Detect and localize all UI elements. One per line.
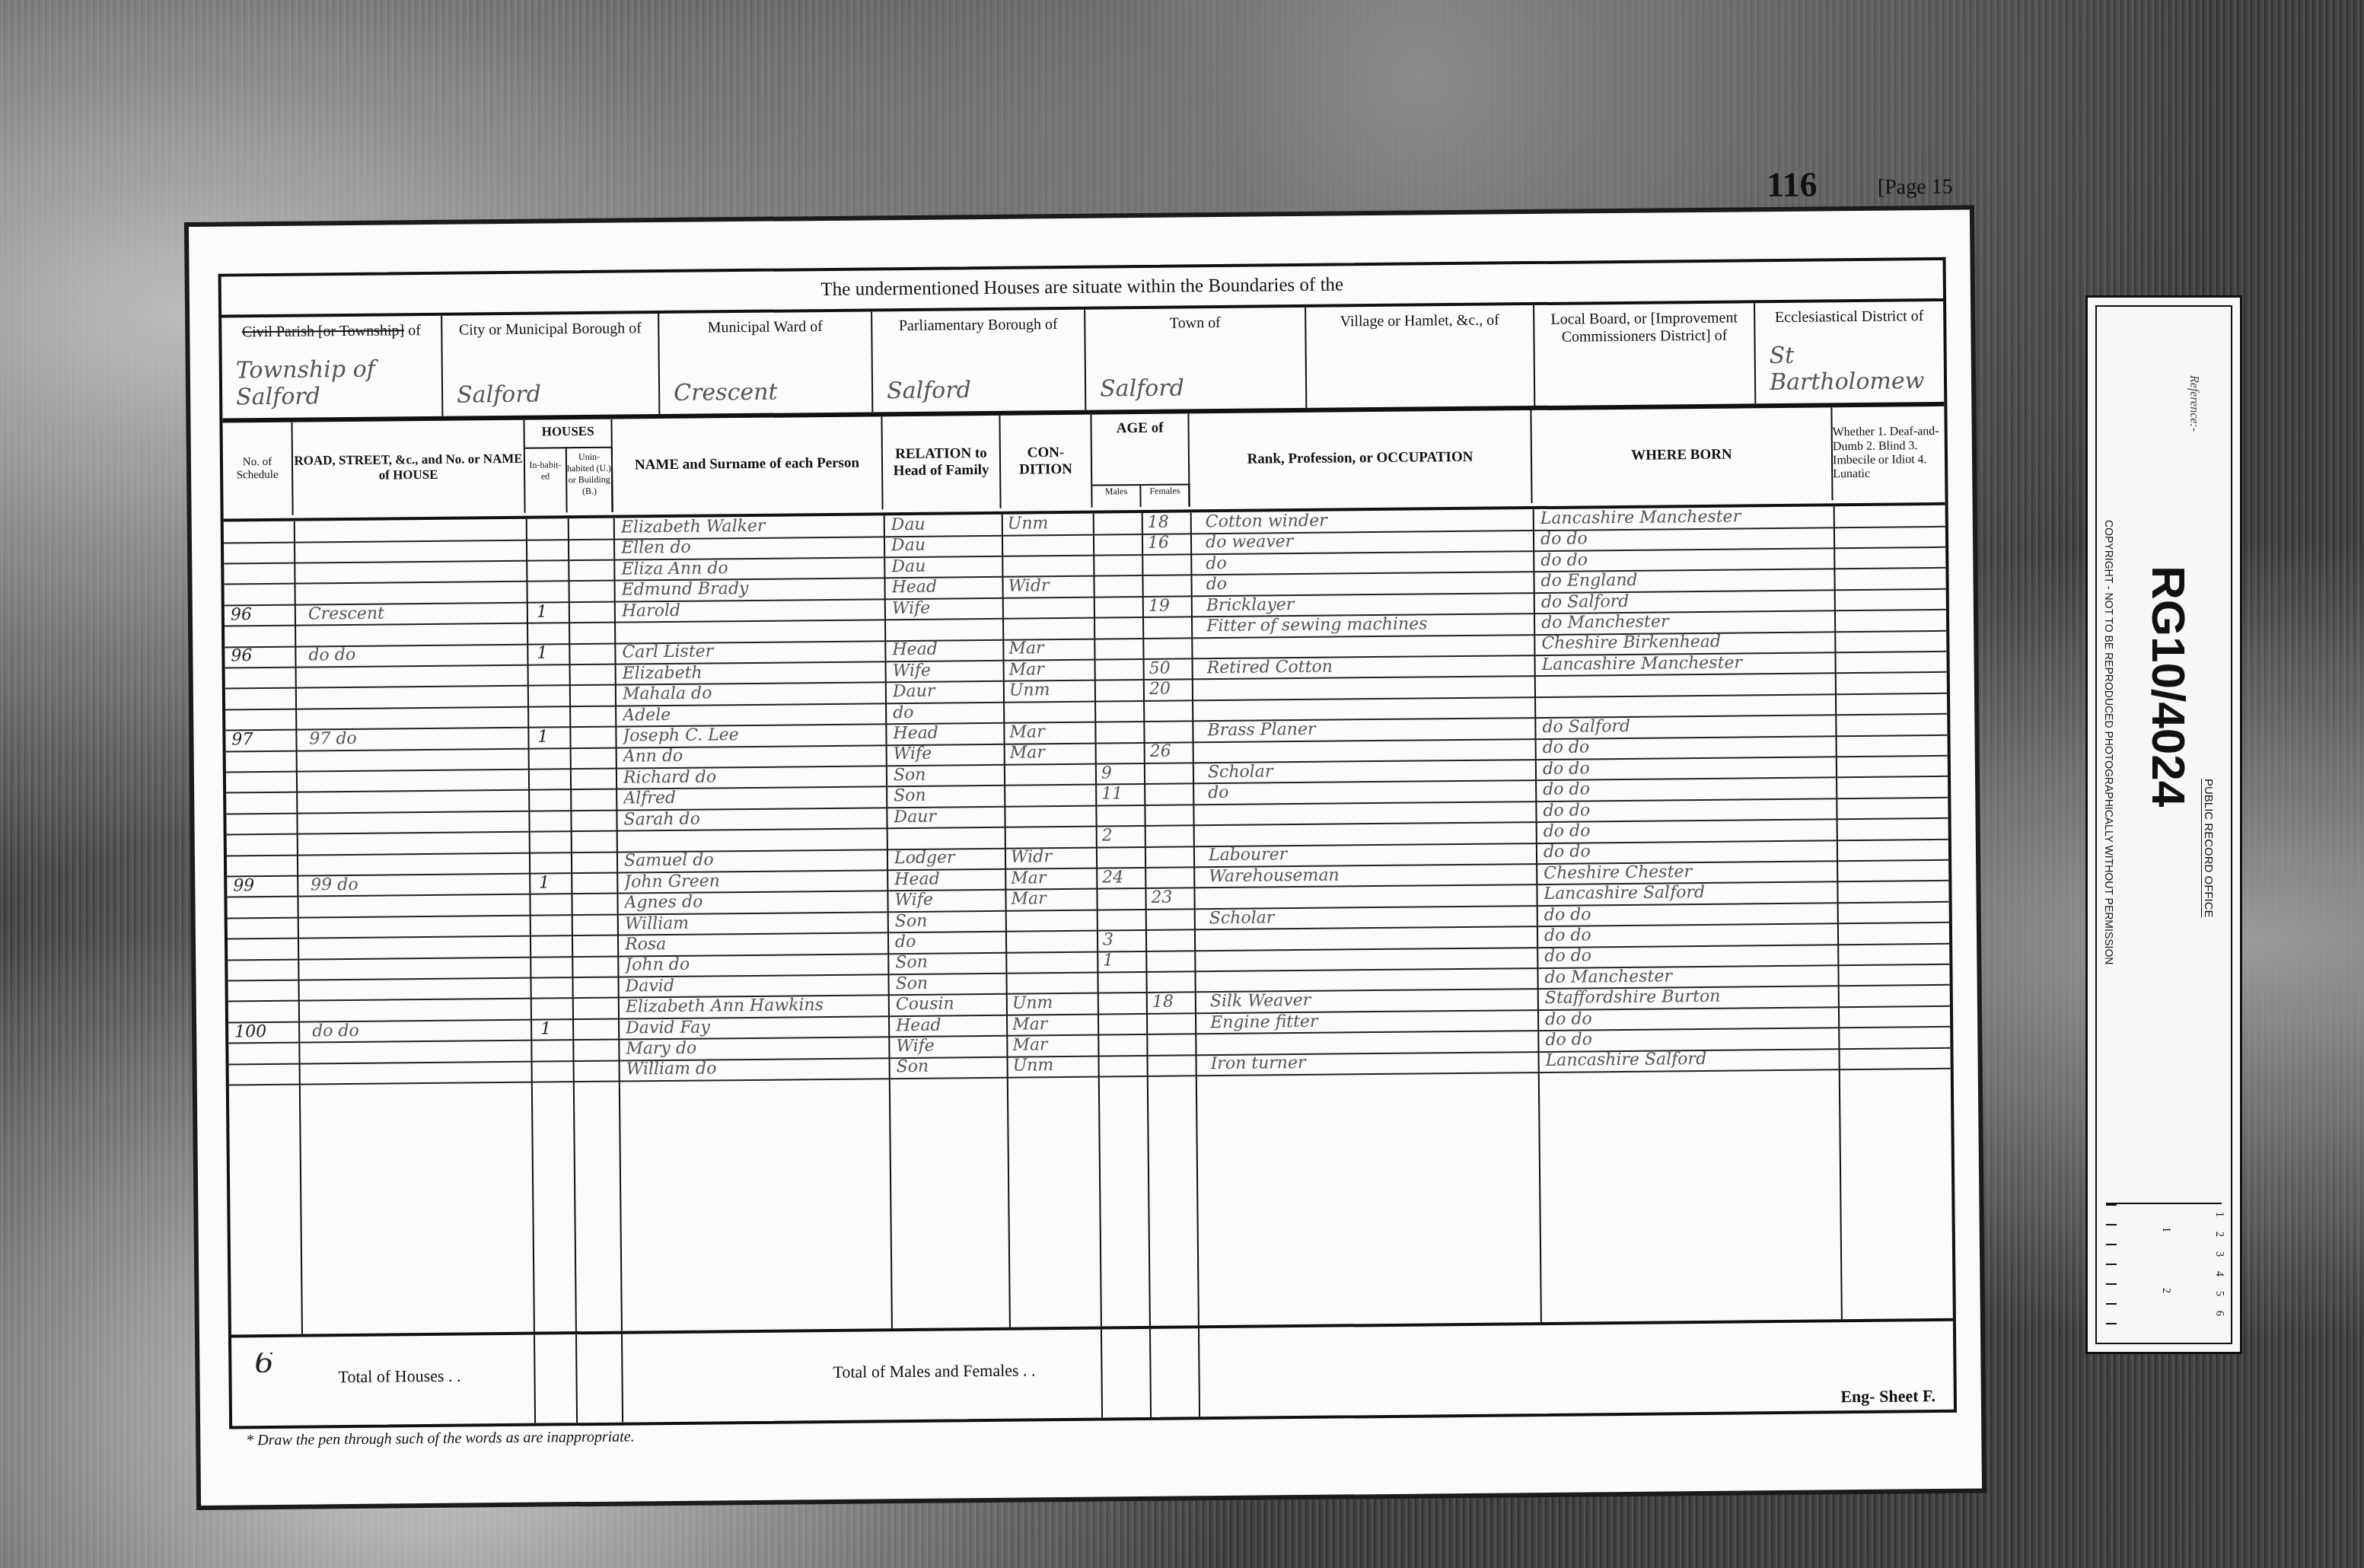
cell-relation: do [895,932,1002,952]
cell-condition [1012,931,1095,932]
cell-road [307,519,521,521]
cell-male [1103,910,1145,910]
boundary-value: Salford [1100,374,1298,403]
cell-female [1148,554,1190,555]
cell-name: Sarah do [623,808,882,830]
cell-relation: Dau [891,535,998,556]
census-rows: Elizabeth WalkerDauUnm18Cotton winderLan… [224,502,1953,1335]
cell-condition [1010,785,1094,786]
cell-relation: Head [896,1015,1002,1035]
cell-schedule [232,813,293,814]
cell-relation: Son [895,952,1002,973]
cell-name: Ann do [623,745,882,767]
cell-female [1149,700,1191,701]
boundary-municipal-ward: Municipal Ward of Crescent [659,311,873,414]
cell-female [1150,805,1192,805]
cell-schedule [231,668,292,668]
cell-relation: Son [897,1056,1003,1077]
col-header-schedule: No. of Schedule [222,422,293,516]
cell-name: William do [626,1058,885,1080]
ruler-inch-1: 1 [2159,1227,2171,1232]
cell-male [1099,575,1141,576]
boundaries-row: Civil Parish [or Township] of Township o… [221,301,1944,423]
cell-road: do do [308,644,521,666]
cell-name: Eliza Ann do [621,557,880,579]
cell-relation: Son [894,786,1000,806]
cell-schedule [234,1001,295,1002]
ruler-ticks [2106,1204,2117,1334]
cell-born: do do [1543,777,1832,800]
cell-road: Crescent [308,602,521,624]
cell-name: Mary do [626,1037,884,1059]
boundary-municipal-borough: City or Municipal Borough of Salford [442,314,660,416]
cell-female [1152,971,1193,972]
cell-schedule [231,626,292,626]
cell-male: 2 [1102,826,1144,846]
cell-condition: Mar [1011,868,1094,888]
cell-condition: Mar [1010,743,1094,763]
cell-male: 3 [1103,930,1145,951]
cell-condition [1008,618,1092,619]
boundary-value: Salford [457,381,651,409]
cell-male [1100,597,1142,598]
cell-occupation: do [1206,551,1529,574]
cell-male [1104,993,1145,993]
cell-male: 11 [1101,784,1143,805]
cell-male [1101,659,1142,660]
cell-schedule [234,939,295,939]
cell-occupation: do [1208,780,1531,803]
cell-condition: Mar [1009,659,1093,680]
footnote: * Draw the pen through such of the words… [246,1428,635,1449]
cell-condition [1010,763,1094,764]
cell-occupation: Scholar [1208,760,1531,782]
cell-born: do do [1540,548,1830,571]
boundary-local-board: Local Board, or [Improvement Commissione… [1534,303,1756,406]
cell-male: 24 [1102,868,1144,888]
cell-relation [892,619,999,620]
total-persons-label: Total of Males and Females . . [833,1360,1035,1382]
cell-male: 1 [1103,951,1145,971]
cell-male [1104,1055,1146,1056]
reference-card-border: Reference:- RG10/4024 PUBLIC RECORD OFFI… [2095,305,2232,1344]
col-header-males: Males [1092,484,1141,508]
cell-male [1100,617,1142,618]
cell-relation: Head [893,723,999,744]
boundary-parliamentary-borough: Parliamentary Borough of Salford [872,310,1086,413]
cell-born: Lancashire Salford [1544,881,1833,904]
cell-female [1152,929,1193,930]
cell-condition: Mar [1011,889,1094,910]
cell-schedule [234,917,295,918]
total-houses-label: Total of Houses . . [338,1366,460,1388]
cell-female [1149,617,1190,617]
ruler-inch-2: 2 [2159,1288,2171,1293]
ruler-cm-3: 3 [2213,1251,2225,1257]
cell-female: 19 [1149,596,1190,617]
cell-male [1104,1014,1145,1015]
cell-name: Mahala do [623,682,881,704]
cell-name: Samuel do [624,849,883,872]
cell-female [1153,1055,1195,1056]
record-office-label: PUBLIC RECORD OFFICE [2202,779,2215,918]
cell-name: Adele [623,703,881,725]
boundary-value: Salford [887,376,1077,404]
cell-relation: Wife [894,744,1000,764]
boundary-value: Crescent [674,378,864,406]
census-sheet: 116 [Page 15 The undermentioned Houses a… [189,210,1982,1506]
cell-name: Elizabeth [623,661,881,684]
cell-female [1152,909,1193,910]
cell-schedule [234,959,295,960]
cell-relation: Head [892,639,999,660]
col-header-inhabited: In-habit-ed [525,447,568,513]
boundary-town: Town of Salford [1085,308,1307,410]
cell-relation: Head [894,869,1001,890]
cell-female [1152,1034,1194,1034]
cell-schedule [232,751,293,751]
cell-schedule [230,542,291,543]
cell-female [1151,825,1193,826]
cell-condition [1012,972,1095,973]
cell-occupation: do weaver [1206,531,1529,553]
cell-relation: Lodger [894,848,1001,868]
cell-condition [1009,701,1093,702]
cell-schedule [231,584,292,585]
col-header-females: Females [1141,483,1190,507]
cell-occupation: Warehouseman [1209,864,1532,887]
boundary-ecclesiastical: Ecclesiastical District of St Bartholome… [1755,301,1944,403]
cell-condition: Mar [1008,639,1092,659]
scale-ruler: 1 2 1 2 3 4 5 6 [2106,1203,2222,1334]
cell-name: Richard do [623,766,882,788]
cell-relation: Dau [891,556,998,577]
cell-female [1151,867,1193,868]
col-header-relation: RELATION to Head of Family [882,416,1001,509]
cell-relation [894,827,1001,828]
cell-schedule: 100 [234,1021,295,1042]
cell-born: do do [1543,736,1832,759]
cell-male [1099,513,1141,514]
census-table: No. of Schedule ROAD, STREET, &c., and N… [222,406,1952,1335]
ruler-cm-2: 2 [2213,1232,2225,1237]
cell-female: 20 [1149,680,1191,700]
cell-born: Staffordshire Burton [1545,986,1834,1009]
cell-schedule [233,897,294,897]
reference-card: Reference:- RG10/4024 PUBLIC RECORD OFFI… [2085,295,2242,1354]
cell-born: Cheshire Chester [1544,861,1833,884]
cell-name: David Fay [626,1016,884,1038]
cell-condition: Mar [1009,722,1093,743]
cell-born: do do [1545,1007,1834,1030]
col-header-uninhabited: Unin-habited (U.) or Building (B.) [567,447,613,513]
cell-occupation: Retired Cotton [1207,655,1531,678]
cell-born: Lancashire Salford [1545,1049,1834,1072]
cell-name: Elizabeth Ann Hawkins [626,995,884,1017]
cell-road: 99 do [311,874,524,896]
cell-name: Rosa [625,932,884,955]
cell-inhabited: 1 [537,644,567,664]
cell-male [1101,722,1142,722]
cell-condition [1008,597,1092,598]
cell-born: do do [1544,840,1833,863]
ruler-cm-5: 5 [2213,1291,2225,1296]
cell-relation: Cousin [896,994,1002,1015]
col-header-name: NAME and Surname of each Person [612,416,883,512]
cell-born: do do [1545,1028,1834,1050]
cell-condition [1011,827,1094,827]
cell-inhabited: 1 [537,727,568,747]
cell-male [1101,701,1142,702]
cell-name: Alfred [623,786,882,808]
cell-schedule: 97 [231,730,292,751]
cell-condition: Unm [1012,993,1096,1014]
cell-relation: Son [895,974,1002,994]
cell-name: David [625,974,884,996]
column-divider [534,1335,536,1423]
cell-male [1103,972,1145,973]
boundary-value: Township of Salford [236,356,435,410]
copyright-notice: COPYRIGHT - NOT TO BE REPRODUCED PHOTOGR… [2103,520,2115,964]
cell-schedule [230,521,291,522]
cell-relation: Son [894,765,1000,786]
cell-schedule [230,563,291,564]
cell-born: do do [1544,945,1834,967]
cell-born: do do [1544,923,1834,946]
cell-female: 26 [1150,742,1192,763]
cell-female [1150,784,1192,785]
cell-name: Agnes do [624,891,883,913]
ruler-cm-1: 1 [2213,1212,2225,1217]
cell-born: do England [1540,569,1830,592]
cell-occupation: Fitter of sewing machines [1206,613,1530,636]
cell-born: Lancashire Manchester [1540,506,1830,529]
cell-schedule [233,834,294,835]
cell-condition: Unm [1009,680,1093,701]
cell-occupation: Engine fitter [1210,1010,1534,1033]
cell-condition: Mar [1012,1014,1096,1034]
cell-name: John Green [624,870,883,892]
cell-female [1152,1013,1194,1014]
cell-condition [1012,951,1095,952]
cell-occupation: Brass Planer [1207,718,1531,741]
cell-male [1104,1034,1145,1035]
cell-female: 18 [1152,993,1194,1013]
cell-occupation: Silk Weaver [1210,989,1534,1012]
reference-label: Reference:- [2187,375,2200,432]
cell-female [1149,638,1190,639]
cell-born: Cheshire Birkenhead [1541,632,1830,655]
cell-name: Elizabeth Walker [621,515,880,537]
cell-schedule [231,688,292,689]
cell-inhabited: 1 [540,1019,571,1039]
cell-male [1099,534,1141,534]
cell-schedule [233,855,294,856]
page-number: [Page 15 [1878,175,1953,200]
col-header-condition: CON-DITION [1000,415,1092,508]
cell-name: Harold [622,599,881,621]
cell-road: 97 do [309,728,522,750]
cell-relation: Wife [892,598,999,618]
column-divider [1149,1329,1152,1417]
cell-born: do do [1544,903,1834,926]
cell-female [1151,846,1193,847]
cell-female: 50 [1149,658,1191,679]
cell-schedule: 96 [231,646,292,667]
cell-relation: Head [891,577,998,598]
cell-occupation: Cotton winder [1206,509,1529,532]
cell-male [1101,680,1142,680]
cell-female: 16 [1148,534,1190,554]
cell-name: Ellen do [621,537,880,559]
cell-occupation: do [1206,572,1529,594]
cell-female [1150,763,1192,763]
cell-relation: do [893,702,999,722]
cell-condition: Widr [1008,576,1091,597]
cell-inhabited: 1 [539,873,569,893]
cell-male [1102,846,1144,847]
cell-name: Carl Lister [622,641,881,663]
cell-schedule [232,772,293,773]
cell-male: 9 [1101,763,1143,784]
ruler-cm-4: 4 [2213,1271,2225,1276]
cell-occupation: Iron turner [1211,1051,1534,1074]
cell-born: do do [1544,819,1833,842]
census-form: The undermentioned Houses are situate wi… [218,257,1957,1429]
piece-number: RG10/4024 [2141,566,2195,807]
cell-inhabited: 1 [537,602,567,622]
cell-female [1152,951,1193,951]
boundary-civil-parish: Civil Parish [or Township] of Township o… [221,316,443,419]
cell-condition: Unm [1013,1056,1097,1076]
cell-occupation: Labourer [1209,843,1532,865]
boundary-value: St Bartholomew [1770,342,1937,396]
cell-relation: Son [895,910,1002,931]
cell-male [1099,555,1141,556]
col-header-infirmity: Whether 1. Deaf-and-Dumb 2. Blind 3. Imb… [1832,406,1945,500]
cell-born: do Salford [1542,715,1831,738]
cell-condition: Unm [1008,514,1091,534]
folio-number: 116 [1767,164,1818,205]
cell-condition [1010,805,1094,806]
cell-name: Joseph C. Lee [623,724,881,746]
column-divider [1198,1328,1200,1417]
total-houses-count: 6 [254,1353,274,1372]
ruler-cm-6: 6 [2213,1311,2225,1316]
cell-name: Edmund Brady [621,578,880,600]
cell-male [1100,638,1142,639]
totals-row: 6 Total of Houses . . Total of Males and… [231,1318,1954,1426]
cell-female: 23 [1151,888,1193,909]
cell-occupation: Scholar [1209,906,1533,929]
cell-born: do Manchester [1541,610,1830,633]
cell-condition: Widr [1011,847,1094,868]
cell-relation: Daur [894,806,1000,827]
cell-relation: Wife [894,890,1001,910]
cell-born: do do [1540,527,1830,550]
cell-schedule [232,792,293,793]
column-divider [621,1334,623,1423]
cell-schedule [234,1043,295,1044]
cell-schedule [234,980,295,981]
cell-road: do do [312,1019,525,1041]
sheet-label: Eng- Sheet F. [1840,1386,1935,1407]
column-divider [1101,1330,1103,1418]
cell-born: do Manchester [1544,965,1834,988]
cell-born: Lancashire Manchester [1541,652,1830,675]
cell-occupation: Bricklayer [1206,593,1530,616]
cell-born: do Salford [1541,590,1830,613]
cell-relation: Wife [896,1036,1002,1056]
cell-male [1101,805,1143,806]
cell-condition [1008,534,1091,535]
col-header-road: ROAD, STREET, &c., and No. or NAME of HO… [292,420,525,515]
cell-schedule: 99 [233,876,294,897]
column-divider [575,1334,578,1423]
col-header-occupation: Rank, Profession, or OCCUPATION [1189,410,1532,506]
cell-name: John do [625,954,884,976]
cell-schedule [231,709,292,709]
cell-relation: Daur [893,681,999,702]
boundary-village: Village or Hamlet, &c., of [1306,305,1535,408]
cell-schedule: 96 [231,604,292,625]
cell-name: William [625,912,884,934]
cell-born: do do [1543,757,1832,779]
cell-relation: Dau [891,515,998,535]
col-header-where-born: WHERE BORN [1531,407,1833,503]
cell-female: 18 [1148,512,1190,533]
cell-female [1149,721,1191,722]
cell-condition [1012,910,1095,910]
cell-female [1148,575,1190,576]
cell-male [1102,888,1144,889]
cell-schedule [235,1063,296,1064]
cell-condition: Mar [1012,1035,1096,1056]
cell-relation: Wife [893,661,999,681]
cell-condition [1008,555,1091,556]
cell-born: do do [1543,798,1832,821]
cell-male [1101,742,1143,743]
